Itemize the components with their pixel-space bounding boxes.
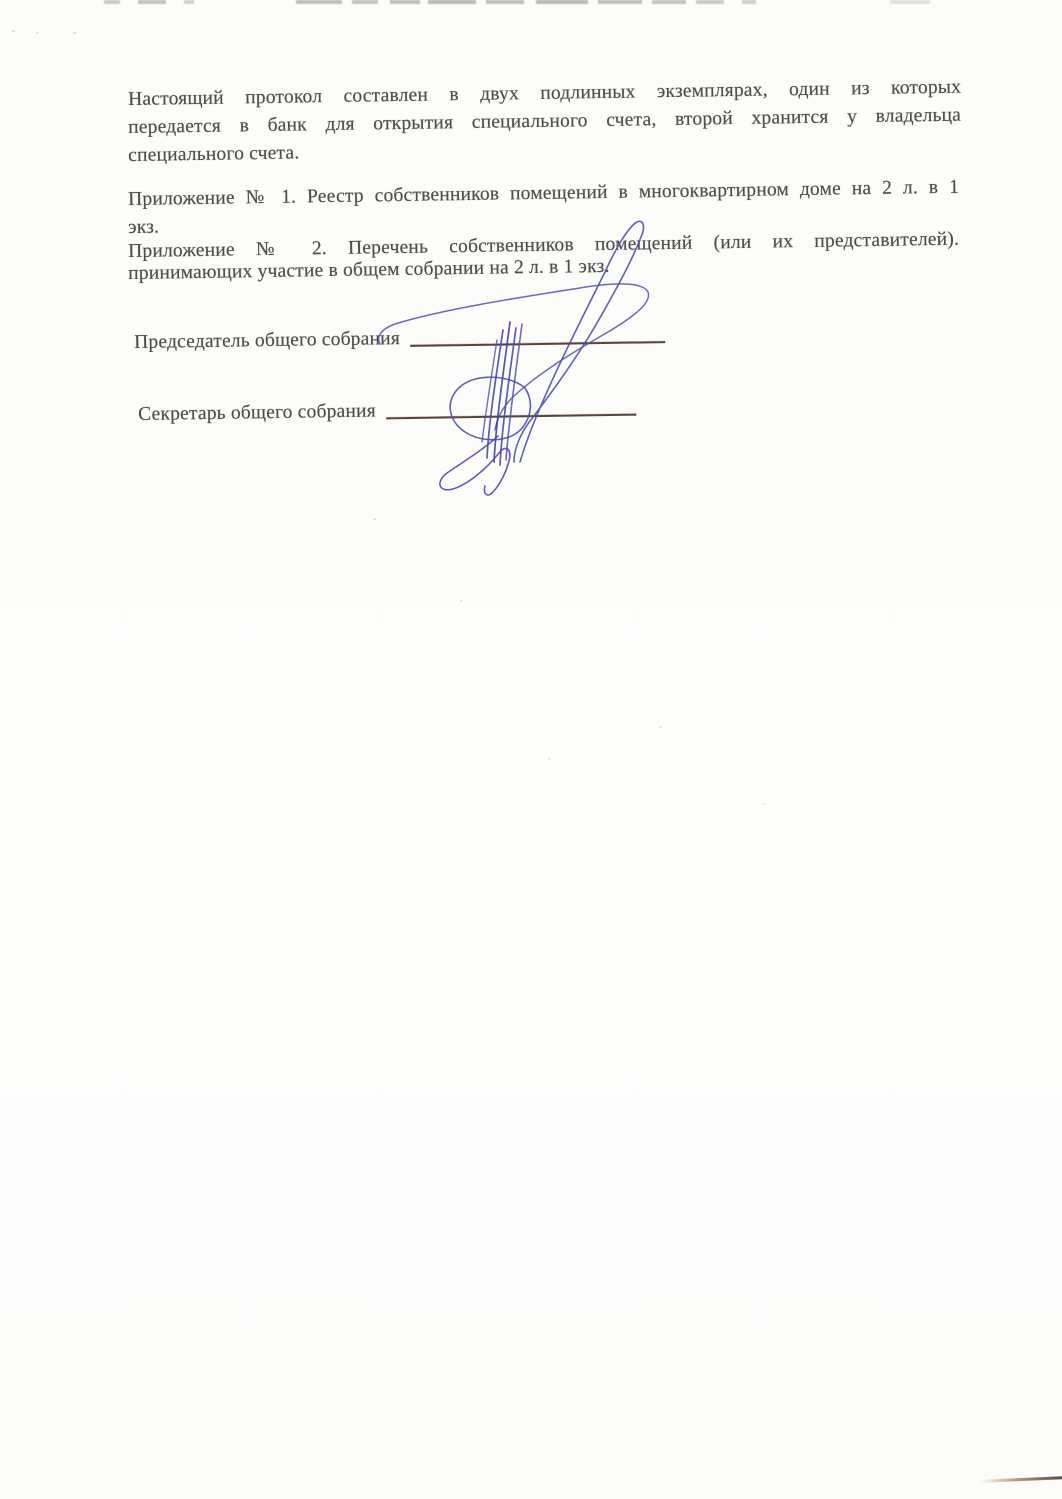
- scanned-document-page: Настоящий протокол составлен в двух подл…: [0, 0, 1062, 1499]
- scan-speck: [762, 803, 765, 805]
- scan-artifact-dash: [652, 0, 686, 4]
- secretary-label: Секретарь общего собрания: [138, 400, 376, 426]
- scan-artifact-dash: [598, 0, 642, 4]
- attachment-1-line-1: Приложение № 1. Реестр собственников пом…: [128, 176, 959, 212]
- scan-speck: [373, 518, 376, 520]
- scan-artifact-dash: [296, 0, 342, 4]
- scan-artifact-dash: [184, 0, 194, 4]
- scan-artifact-corner-edge: [980, 1476, 1062, 1483]
- scan-speck: [12, 30, 15, 32]
- closing-paragraph-line-3: специального счета.: [128, 141, 300, 168]
- scan-speck: [548, 758, 551, 760]
- scan-speck: [73, 32, 76, 34]
- scan-artifact-dash: [536, 0, 588, 4]
- chairman-label: Председатель общего собрания: [134, 328, 400, 354]
- scan-artifact-dash: [428, 0, 476, 4]
- scan-speck: [36, 32, 39, 34]
- scan-speck: [659, 726, 662, 728]
- scan-speck: [460, 600, 463, 602]
- scan-artifact-dash: [138, 0, 166, 4]
- scan-artifact-dash: [696, 0, 724, 4]
- scan-artifact-dash: [104, 0, 120, 4]
- handwritten-signature: [365, 210, 665, 505]
- scan-artifact-dash: [742, 0, 756, 4]
- attachment-1-line-2: экз.: [128, 216, 159, 240]
- scan-artifact-dash: [390, 0, 420, 4]
- scan-artifact-dash: [352, 0, 378, 4]
- scan-artifact-dash: [890, 0, 930, 4]
- scan-artifact-dash: [486, 0, 524, 4]
